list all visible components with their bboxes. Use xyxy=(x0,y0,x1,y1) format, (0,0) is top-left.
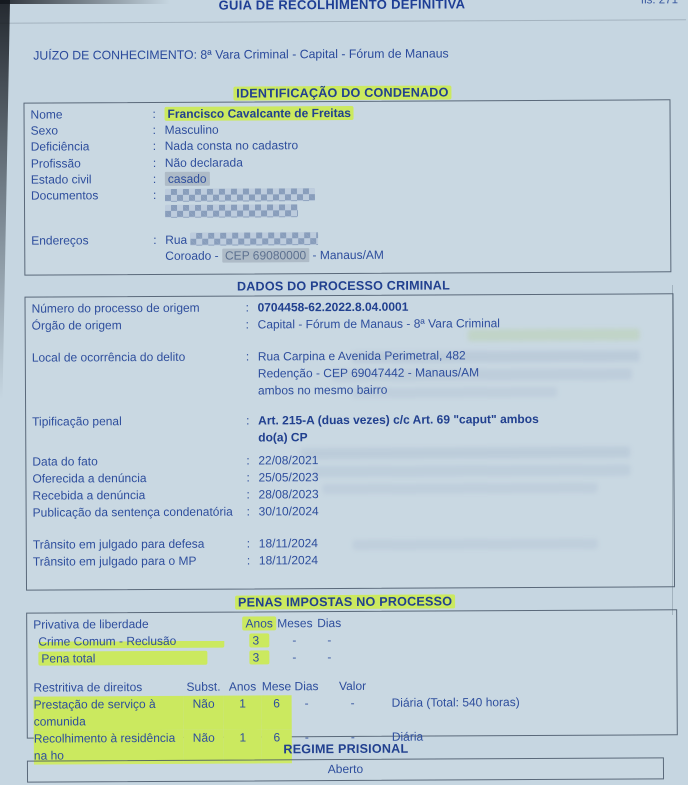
cell-valor: - xyxy=(322,695,384,729)
field-value: 0704458-62.2022.8.04.0001 xyxy=(258,297,667,316)
field-value: 18/11/2024 xyxy=(259,550,668,569)
colon: : xyxy=(246,486,258,503)
redacted-block xyxy=(165,188,315,202)
col-header-mese: Mese xyxy=(261,678,291,695)
court-line: JUÍZO DE CONHECIMENTO: 8ª Vara Criminal … xyxy=(33,46,449,62)
row-label: Crime Comum - Reclusão xyxy=(38,634,224,649)
field-row-publicacao-sentenca: Publicação da sentença condenatória : 30… xyxy=(33,501,668,521)
cell-anos: 1 xyxy=(224,695,262,729)
section-header-penas: PENAS IMPOSTAS NO PROCESSO xyxy=(1,593,688,611)
privativa-row-pena-total: Pena total 3 - - xyxy=(33,647,670,667)
cell-anos: 3 xyxy=(250,650,270,664)
field-value-partially-redacted: casado xyxy=(165,172,210,186)
field-value: 22/08/2021 xyxy=(258,450,667,469)
colon: : xyxy=(246,316,258,333)
section-header-processo: DADOS DO PROCESSO CRIMINAL xyxy=(0,277,687,295)
field-value: Rua Carpina e Avenida Perimetral, 482 Re… xyxy=(258,346,667,399)
cell-dias: - xyxy=(311,649,347,666)
field-row-tipificacao: Tipificação penal : Art. 215-A (duas vez… xyxy=(32,410,667,447)
colon: : xyxy=(246,452,258,469)
title-underline xyxy=(0,19,686,24)
field-value: 25/05/2023 xyxy=(258,467,667,486)
field-value: Francisco Cavalcante de Freitas xyxy=(165,106,354,121)
colon: : xyxy=(153,138,165,154)
colon: : xyxy=(246,469,258,486)
col-header-subst: Subst. xyxy=(183,679,223,696)
col-header-meses: Meses xyxy=(277,615,311,632)
field-row-local-delito: Local de ocorrência do delito : Rua Carp… xyxy=(32,346,667,400)
colon: : xyxy=(247,552,259,569)
section-header-label: IDENTIFICAÇÃO DO CONDENADO xyxy=(233,85,451,100)
street-prefix: Rua xyxy=(165,233,187,247)
field-label: Sexo xyxy=(31,122,153,139)
colon: : xyxy=(153,171,165,187)
colon: : xyxy=(153,122,165,138)
address-line2-end: - Manaus/AM xyxy=(312,248,383,262)
field-value: Capital - Fórum de Manaus - 8ª Vara Crim… xyxy=(258,314,667,333)
cell-meses: - xyxy=(277,649,311,666)
col-header-valor: Valor xyxy=(321,678,383,695)
penas-box: Privativa de liberdade Anos Meses Dias C… xyxy=(26,609,678,738)
field-value: Art. 215-A (duas vezes) c/c Art. 69 "cap… xyxy=(258,410,667,446)
col-header-dias: Dias xyxy=(311,615,347,632)
redacted-block xyxy=(165,204,298,218)
field-label: Deficiência xyxy=(31,138,153,155)
restritiva-section-label: Restritiva de direitos xyxy=(33,679,183,697)
row-label: Prestação de serviço à comunida xyxy=(34,696,184,731)
field-label: Número do processo de origem xyxy=(32,300,246,318)
colon: : xyxy=(246,299,258,316)
field-label: Profissão xyxy=(31,155,153,172)
cell-mese: 6 xyxy=(262,695,292,729)
regime-value: Aberto xyxy=(328,762,363,776)
row-label: Pena total xyxy=(38,651,207,666)
field-row-enderecos: Endereços : Rua Coroado - CEP 69080000 -… xyxy=(31,229,664,265)
field-label: Órgão de origem xyxy=(32,317,246,335)
cell-dias: - xyxy=(311,632,347,649)
field-label: Oferecida a denúncia xyxy=(32,470,246,488)
field-label: Nome xyxy=(30,106,152,123)
field-label: Recebida a denúncia xyxy=(32,487,246,505)
redacted-block xyxy=(191,232,319,246)
field-row-transito-mp: Trânsito em julgado para o MP : 18/11/20… xyxy=(33,550,668,570)
field-label: Local de ocorrência do delito xyxy=(32,349,246,401)
field-row-orgao-origem: Órgão de origem : Capital - Fórum de Man… xyxy=(32,314,667,334)
colon: : xyxy=(247,535,259,552)
redacted-documents xyxy=(165,184,664,221)
address-lines: Rua Coroado - CEP 69080000 - Manaus/AM xyxy=(165,229,664,264)
field-label: Publicação da sentença condenatória xyxy=(33,504,247,522)
regime-box: Aberto xyxy=(27,757,664,782)
field-label: Endereços xyxy=(31,232,153,265)
section-header-label: PENAS IMPOSTAS NO PROCESSO xyxy=(235,594,455,609)
cell-anos: 3 xyxy=(249,633,269,647)
field-label: Trânsito em julgado para defesa xyxy=(33,536,247,554)
paper-crease-line xyxy=(672,285,673,615)
cell-observacao: Diária (Total: 540 horas) xyxy=(384,693,671,729)
col-header-dias: Dias xyxy=(291,678,321,695)
colon: : xyxy=(153,155,165,171)
field-label: Data do fato xyxy=(32,453,246,471)
colon: : xyxy=(247,503,259,520)
colon: : xyxy=(153,187,165,221)
scanned-document-page: fls. 271 GUIA DE RECOLHIMENTO DEFINITIVA… xyxy=(0,0,688,785)
photo-edge-shadow xyxy=(0,0,170,4)
colon: : xyxy=(153,232,165,264)
field-value: 18/11/2024 xyxy=(259,533,668,552)
col-header-anos: Anos xyxy=(242,616,275,630)
field-value: 30/10/2024 xyxy=(259,501,668,520)
field-value: 28/08/2023 xyxy=(258,484,667,503)
processo-box: Número do processo de origem : 0704458-6… xyxy=(24,293,675,590)
privativa-section-label: Privativa de liberdade xyxy=(33,616,241,634)
colon: : xyxy=(152,106,164,122)
address-line2-start: Coroado - xyxy=(165,249,218,263)
field-label: Documentos xyxy=(31,187,153,222)
address-line2-redacted-cep: CEP 69080000 xyxy=(222,248,309,262)
field-label: Tipificação penal xyxy=(32,413,246,448)
cell-subst: Não xyxy=(184,696,224,730)
colon: : xyxy=(246,348,258,399)
identificacao-box: Nome : Francisco Cavalcante de Freitas S… xyxy=(23,99,671,275)
field-label: Trânsito em julgado para o MP xyxy=(33,553,247,571)
cell-meses: - xyxy=(277,632,311,649)
cell-dias: - xyxy=(292,695,322,729)
colon: : xyxy=(246,412,258,446)
field-row-documentos: Documentos : xyxy=(31,184,664,221)
restritiva-row-prestacao: Prestação de serviço à comunida Não 1 6 … xyxy=(34,693,671,730)
col-header-anos: Anos xyxy=(223,678,261,695)
field-label: Estado civil xyxy=(31,171,153,188)
